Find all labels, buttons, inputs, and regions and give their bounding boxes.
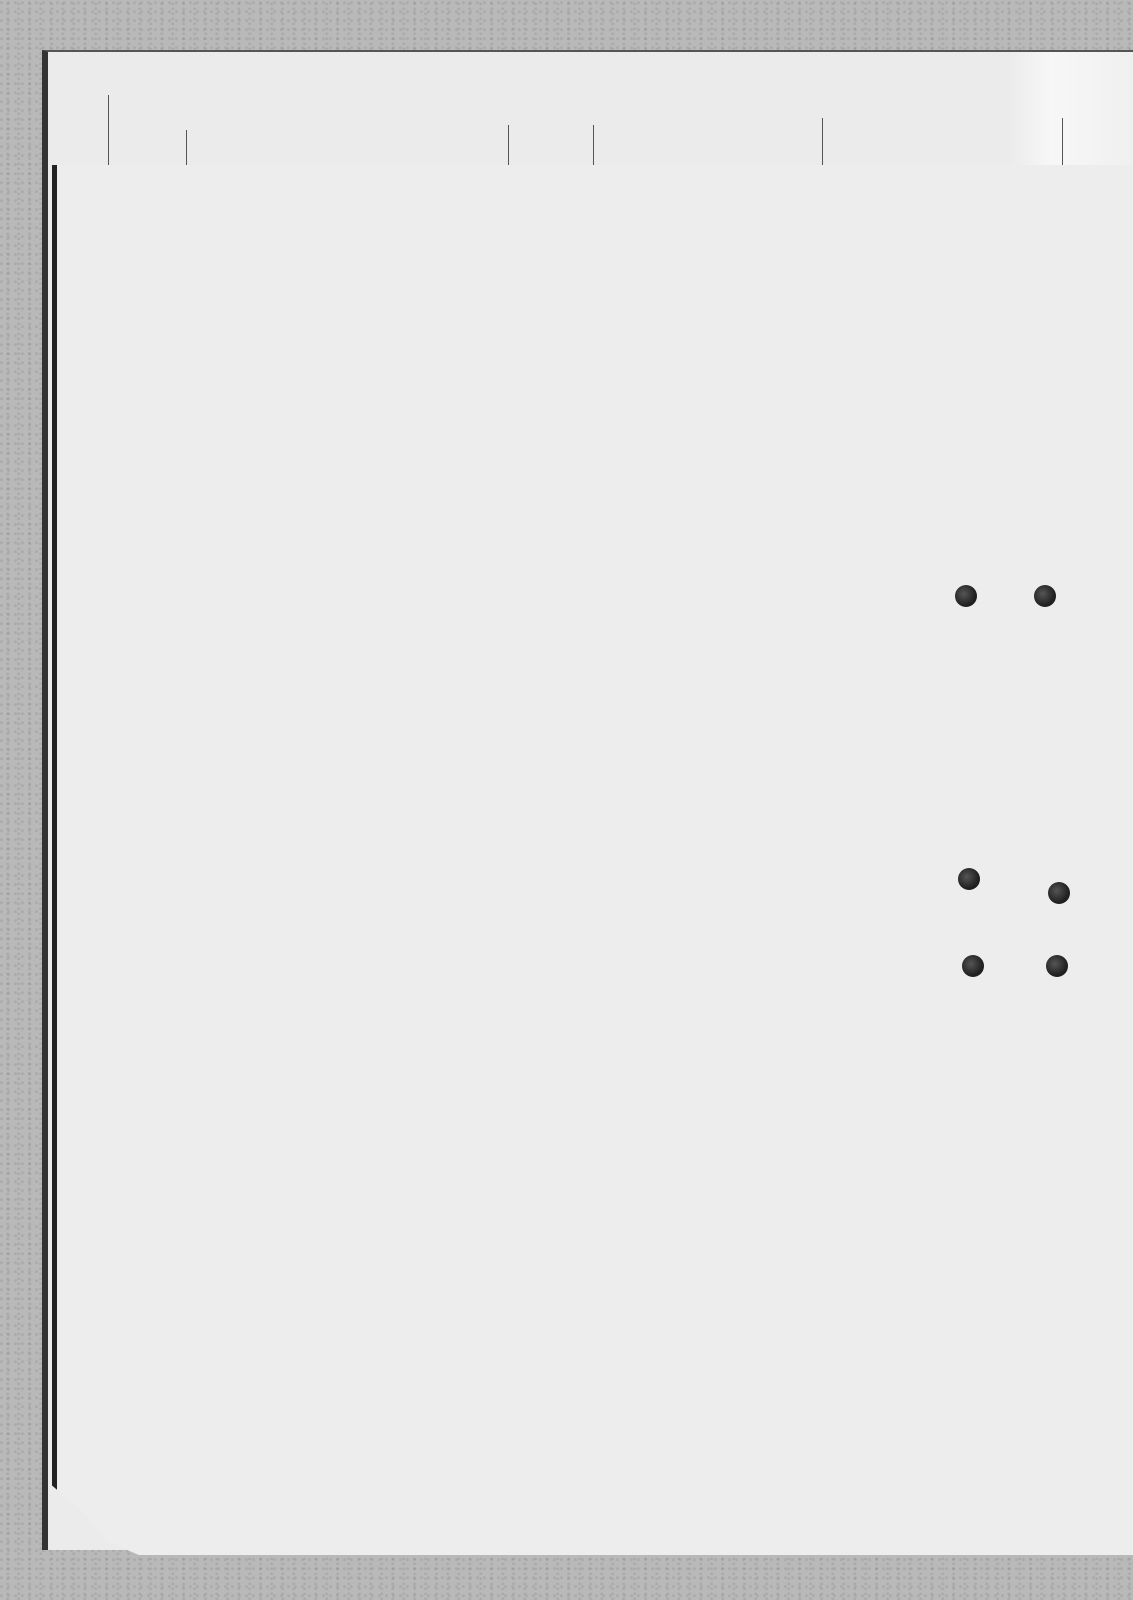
punch-hole bbox=[1046, 955, 1068, 977]
ledger-page-front bbox=[52, 165, 1133, 1555]
punch-hole bbox=[958, 868, 980, 890]
punch-hole bbox=[1048, 882, 1070, 904]
divider bbox=[508, 125, 509, 165]
divider bbox=[822, 118, 823, 165]
punch-hole bbox=[955, 585, 977, 607]
divider bbox=[108, 95, 109, 165]
punch-hole bbox=[962, 955, 984, 977]
divider bbox=[593, 125, 594, 165]
punch-hole bbox=[1034, 585, 1056, 607]
divider bbox=[1062, 118, 1063, 165]
divider bbox=[186, 130, 187, 165]
